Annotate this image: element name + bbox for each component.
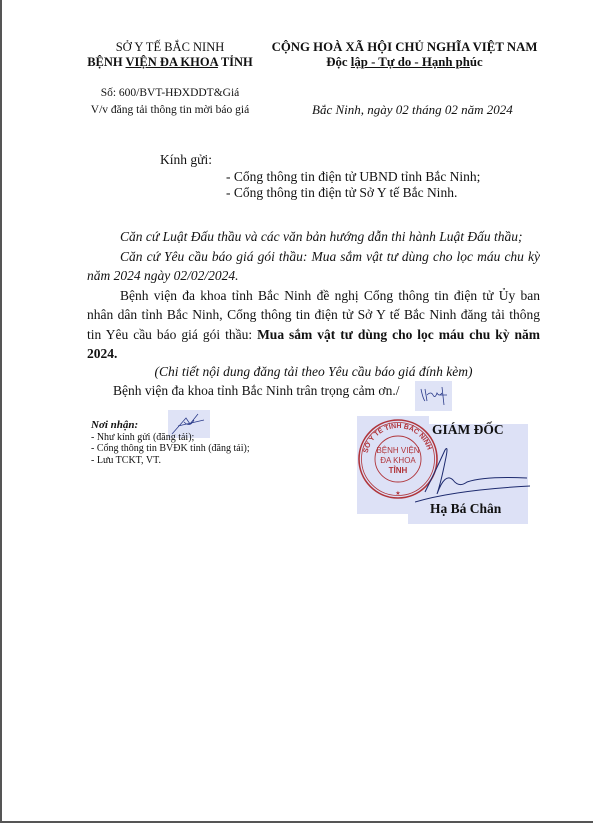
thanks-line: Bệnh viện đa khoa tỉnh Bắc Ninh trân trọ… — [113, 383, 399, 399]
page-frame — [0, 0, 593, 823]
signer-name: Hạ Bá Chân — [430, 501, 501, 517]
distribution-list: Nơi nhận: - Như kính gửi (đăng tải); - C… — [91, 420, 250, 466]
hospital-name: BỆNH VIỆN ĐA KHOA TỈNH — [70, 55, 270, 70]
letter-body: Căn cứ Luật Đấu thầu và các văn bản hướn… — [87, 227, 540, 364]
date-line: Bắc Ninh, ngày 02 tháng 02 năm 2024 — [312, 102, 513, 118]
svg-text:TỈNH: TỈNH — [389, 466, 408, 475]
svg-text:BỆNH VIỆN: BỆNH VIỆN — [376, 446, 419, 455]
national-motto: Độc lập - Tự do - Hạnh phúc — [262, 55, 547, 70]
nation-title: CỘNG HOÀ XÃ HỘI CHỦ NGHĨA VIỆT NAM — [262, 40, 547, 55]
request-paragraph: Bệnh viện đa khoa tỉnh Bắc Ninh đề nghị … — [87, 286, 540, 364]
svg-text:★: ★ — [395, 490, 400, 497]
distribution-title: Nơi nhận: — [91, 420, 250, 432]
signer-title: GIÁM ĐỐC — [432, 422, 504, 438]
initial-signature-icon — [415, 381, 452, 411]
national-header: CỘNG HOÀ XÃ HỘI CHỦ NGHĨA VIỆT NAM Độc l… — [262, 40, 547, 70]
document-subject: V/v đăng tải thông tin mời báo giá — [70, 101, 270, 119]
distribution-item: - Như kính gửi (đăng tải); — [91, 432, 250, 444]
legal-basis-1: Căn cứ Luật Đấu thầu và các văn bản hướn… — [87, 227, 540, 247]
director-signature-icon — [415, 442, 535, 504]
recipient-item: - Cổng thông tin điện tử Sở Y tế Bắc Nin… — [226, 183, 457, 203]
document-number: Số: 600/BVT-HĐXDDT&Giá — [70, 85, 270, 101]
issuer-header: SỞ Y TẾ BẮC NINH BỆNH VIỆN ĐA KHOA TỈNH … — [70, 40, 270, 119]
initial-signature-bg — [415, 381, 452, 411]
recipients-label: Kính gửi: — [160, 150, 212, 170]
attachment-note: (Chi tiết nội dung đăng tải theo Yêu cầu… — [87, 364, 540, 380]
legal-basis-2: Căn cứ Yêu cầu báo giá gói thầu: Mua sắm… — [87, 247, 540, 286]
department-name: SỞ Y TẾ BẮC NINH — [70, 40, 270, 55]
distribution-item: - Lưu TCKT, VT. — [91, 455, 250, 467]
svg-text:ĐA KHOA: ĐA KHOA — [380, 456, 416, 465]
distribution-item: - Cổng thông tin BVĐK tỉnh (đăng tải); — [91, 443, 250, 455]
